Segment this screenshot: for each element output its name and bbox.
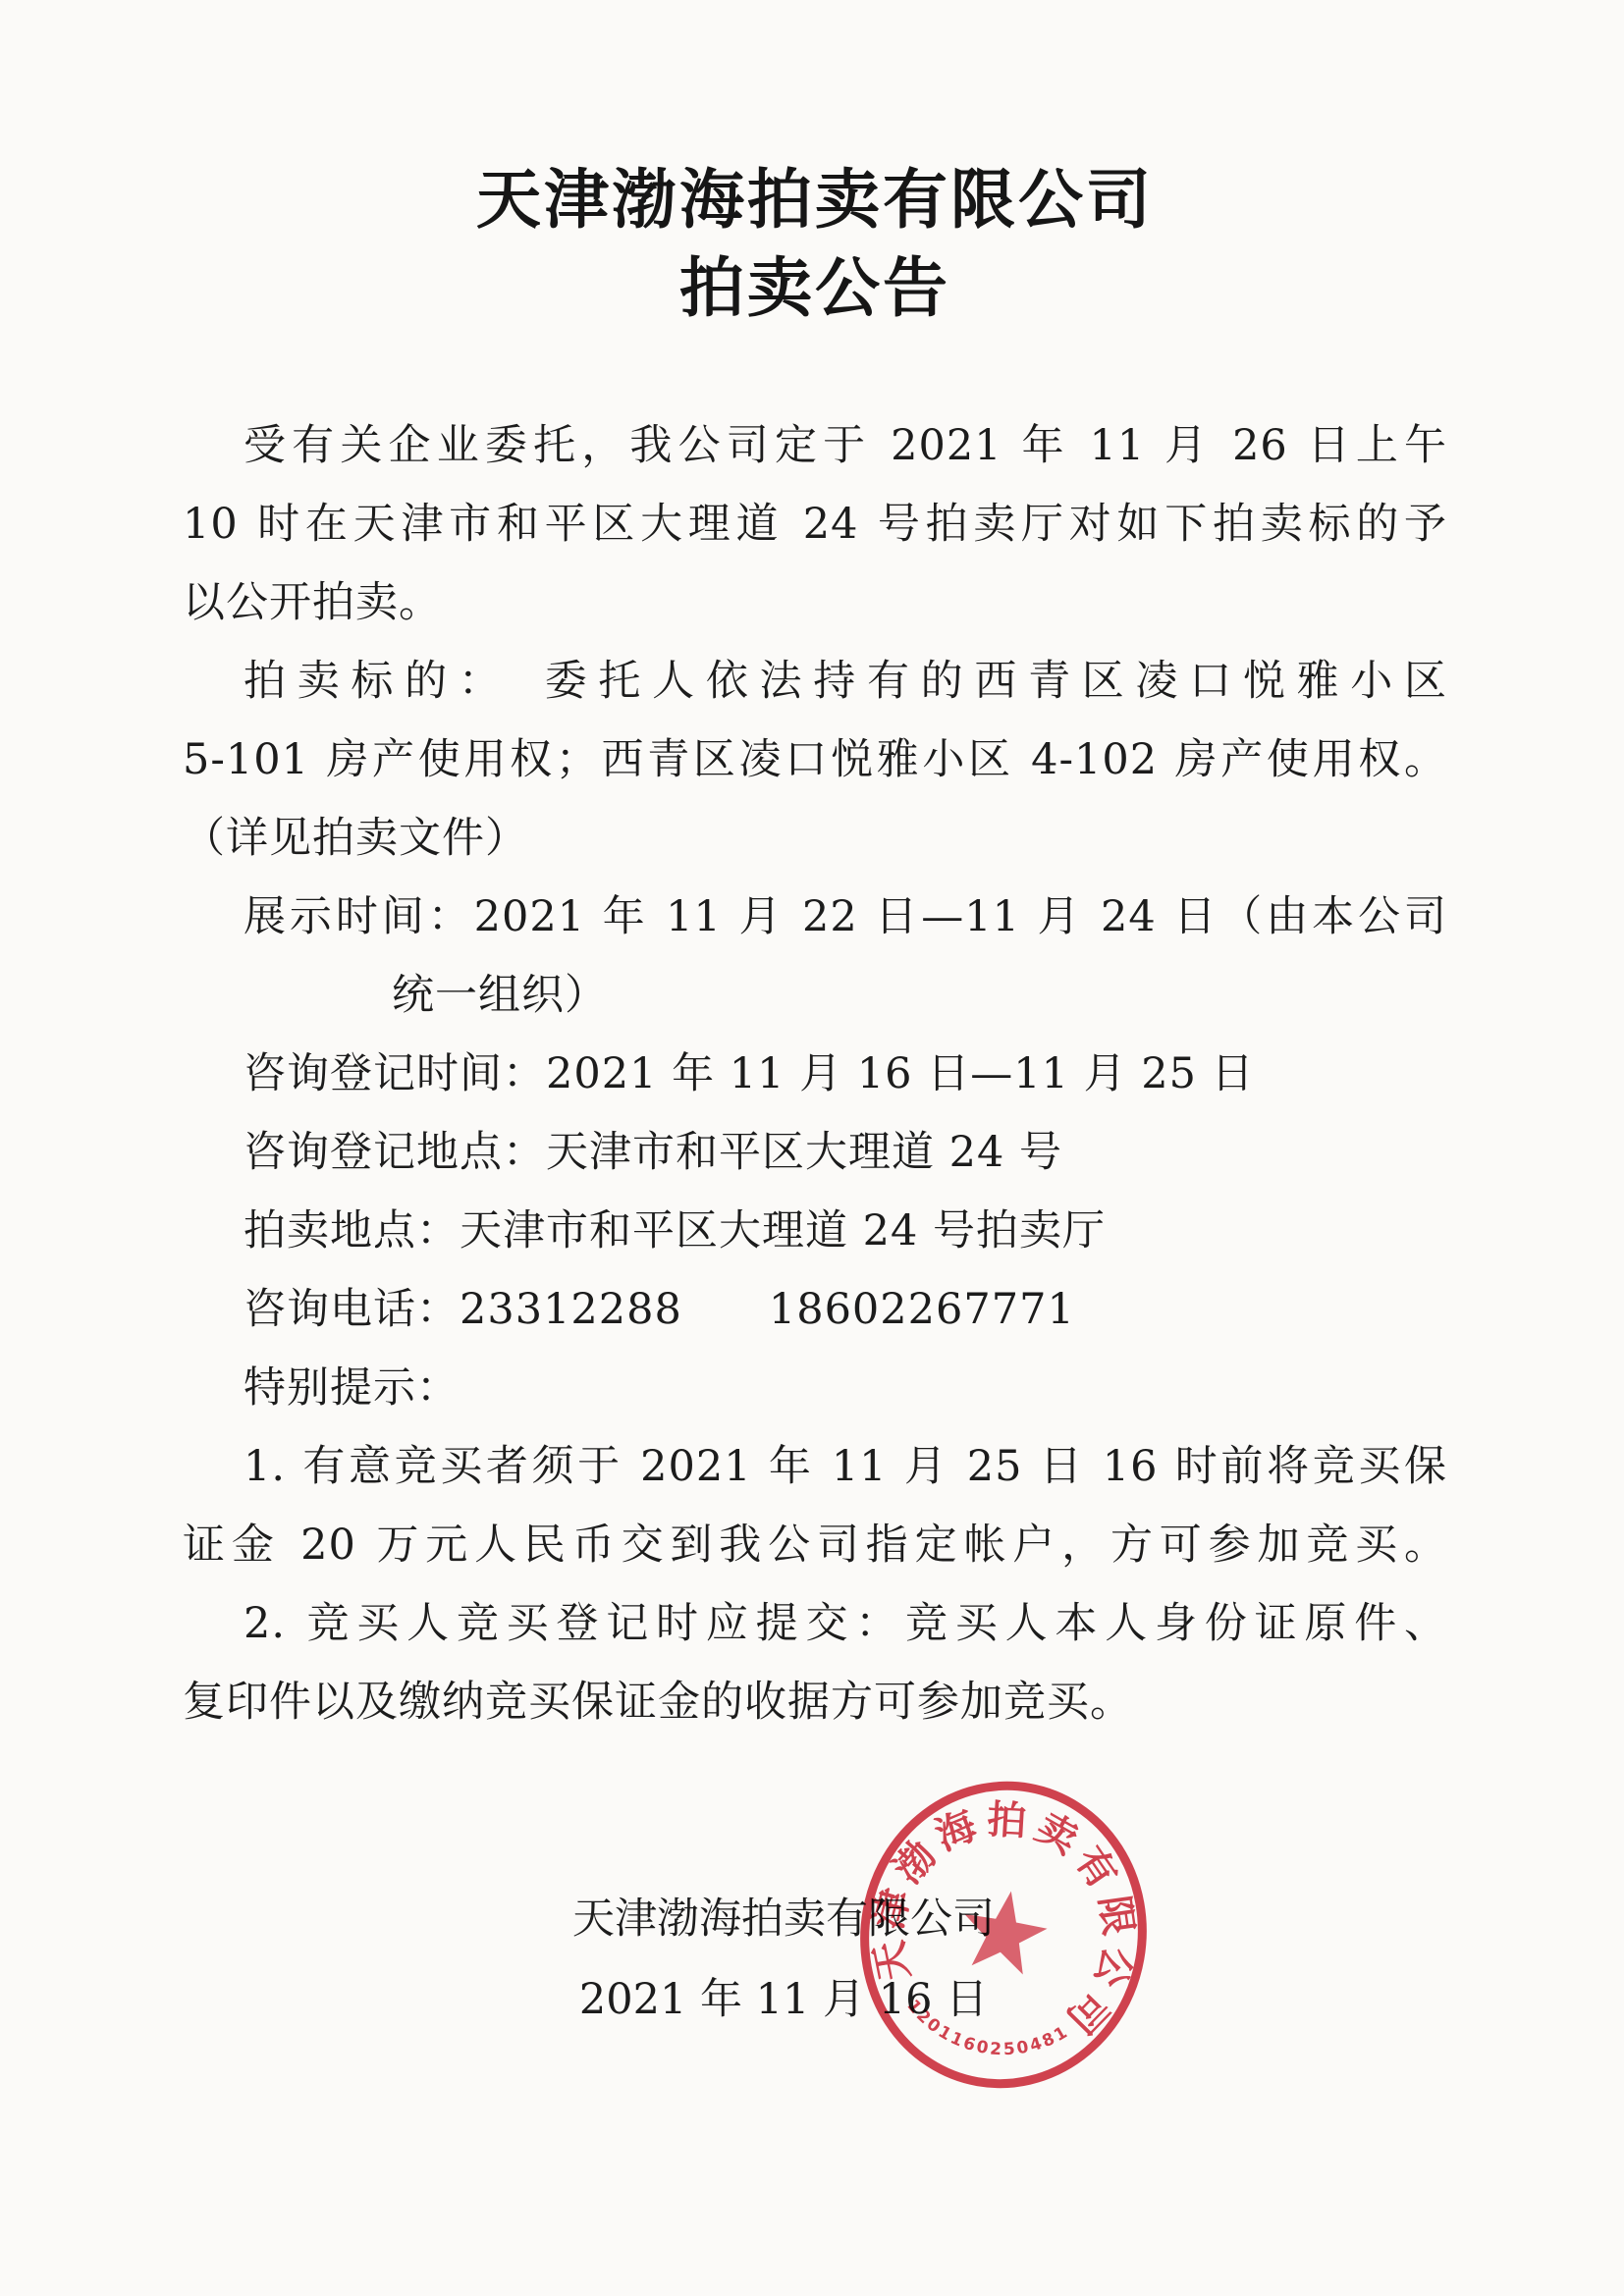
body-line: 咨询登记地点：天津市和平区大理道 24 号 — [183, 1113, 1447, 1192]
body-line: 2. 竞买人竞买登记时应提交：竞买人本人身份证原件、 — [183, 1584, 1447, 1663]
body-line: 拍卖地点：天津市和平区大理道 24 号拍卖厅 — [183, 1192, 1447, 1270]
body-line: 展示时间：2021 年 11 月 22 日—11 月 24 日（由本公司 — [183, 878, 1447, 956]
body-line: 证金 20 万元人民币交到我公司指定帐户，方可参加竞买。 — [183, 1506, 1447, 1584]
body-line: 咨询登记时间：2021 年 11 月 16 日—11 月 25 日 — [183, 1035, 1447, 1113]
auction-announcement-page: 天津渤海拍卖有限公司 拍卖公告 受有关企业委托，我公司定于 2021 年 11 … — [0, 0, 1624, 2296]
document-body: 受有关企业委托，我公司定于 2021 年 11 月 26 日上午 10 时在天津… — [183, 406, 1447, 1741]
document-title: 天津渤海拍卖有限公司 拍卖公告 — [183, 155, 1447, 332]
announcement-title: 拍卖公告 — [183, 243, 1447, 332]
company-title: 天津渤海拍卖有限公司 — [183, 155, 1447, 243]
body-line: （详见拍卖文件） — [183, 799, 1447, 878]
body-line: 5-101 房产使用权；西青区凌口悦雅小区 4-102 房产使用权。 — [183, 721, 1447, 799]
body-line: 受有关企业委托，我公司定于 2021 年 11 月 26 日上午 — [183, 406, 1447, 485]
body-line: 特别提示： — [183, 1349, 1447, 1427]
body-line: 1. 有意竞买者须于 2021 年 11 月 25 日 16 时前将竞买保 — [183, 1427, 1447, 1506]
body-line: 拍卖标的： 委托人依法持有的西青区凌口悦雅小区 — [183, 642, 1447, 721]
body-line: 统一组织） — [183, 956, 1447, 1035]
body-line: 咨询电话：23312288 18602267771 — [183, 1270, 1447, 1349]
body-line: 以公开拍卖。 — [183, 563, 1447, 642]
body-line: 10 时在天津市和平区大理道 24 号拍卖厅对如下拍卖标的予 — [183, 485, 1447, 563]
signature-company: 天津渤海拍卖有限公司 — [509, 1879, 1058, 1959]
body-line: 复印件以及缴纳竞买保证金的收据方可参加竞买。 — [183, 1663, 1447, 1741]
signature-date: 2021 年 11 月 16 日 — [509, 1959, 1058, 2040]
signature-block: 天津渤海拍卖有限公司 2021 年 11 月 16 日 — [509, 1879, 1058, 2040]
